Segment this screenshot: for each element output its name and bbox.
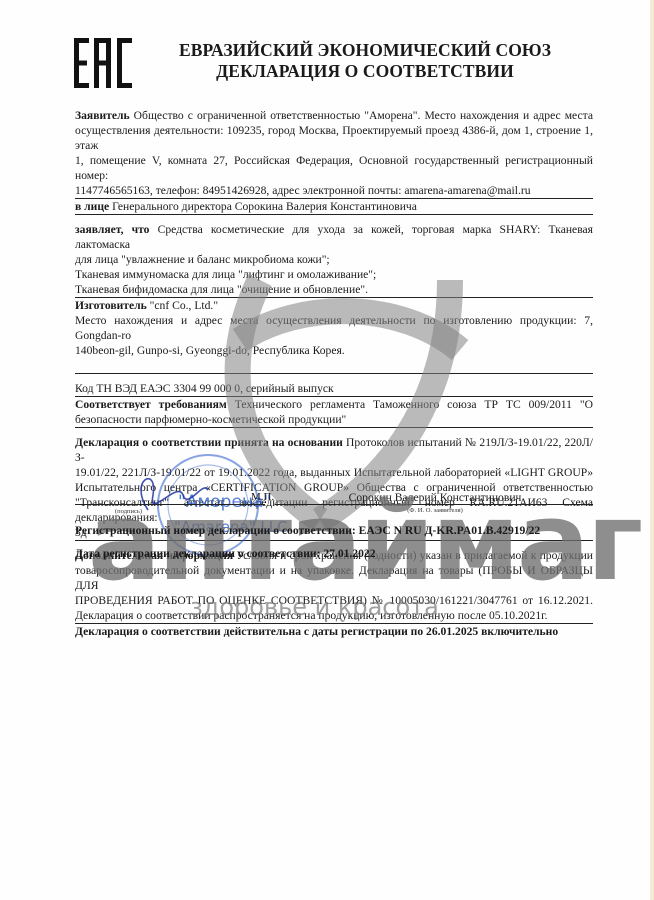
validity-section: Декларация о соответствии действительна … (75, 624, 593, 639)
manufacturer-section: Изготовитель "cnf Co., Ltd." Место нахож… (75, 298, 593, 374)
signature-line (75, 504, 265, 505)
applicant-line: 1, помещение V, комната 27, Российская Ф… (75, 153, 593, 183)
declares-section: заявляет, что Средства косметические для… (75, 222, 593, 298)
applicant-section: Заявитель Общество с ограниченной ответс… (75, 108, 593, 199)
representative-text: Генерального директора Сорокина Валерия … (112, 200, 417, 213)
signature-row: М.П. (подпись) Сорокин Валерий Константи… (75, 488, 593, 524)
seal-mark: М.П. (251, 491, 274, 503)
title-union: ЕВРАЗИЙСКИЙ ЭКОНОМИЧЕСКИЙ СОЮЗ (150, 40, 580, 61)
paper-edge (650, 0, 654, 900)
conformity-line: безопасности парфюмерно-косметической пр… (75, 412, 593, 427)
representative-label: в лице (75, 200, 109, 213)
product-line: Средства косметические для ухода за коже… (75, 223, 593, 251)
declaration-page: ЕВРАЗИЙСКИЙ ЭКОНОМИЧЕСКИЙ СОЮЗ ДЕКЛАРАЦИ… (0, 0, 654, 900)
validity-text: Декларация о соответствии действительна … (75, 624, 593, 639)
applicant-line: 1147746565163, телефон: 84951426928, адр… (75, 183, 593, 198)
eac-logo-icon (74, 38, 132, 88)
signature-caption: (подпись) (115, 508, 142, 515)
product-line: Тканевая бифидомаска для лица "очищение … (75, 282, 593, 297)
signer-caption: (Ф. И. О. заявителя) (345, 507, 525, 514)
manufacturer-label: Изготовитель (75, 299, 147, 312)
manufacturer-name: "cnf Co., Ltd." (150, 299, 218, 312)
manufacturer-address: Место нахождения и адрес места осуществл… (75, 313, 593, 343)
name-line (275, 504, 593, 505)
basis-label: Декларация о соответствии принята на осн… (75, 436, 343, 449)
product-line: Тканевая иммуномаска для лица "лифтинг и… (75, 267, 593, 282)
document-title: ЕВРАЗИЙСКИЙ ЭКОНОМИЧЕСКИЙ СОЮЗ ДЕКЛАРАЦИ… (150, 40, 580, 82)
conformity-line: Технического регламента Таможенного союз… (235, 398, 593, 411)
additional-line: товаросопроводительной документации и на… (75, 563, 593, 593)
conformity-section: Соответствует требованиям Технического р… (75, 397, 593, 428)
applicant-line: осуществления деятельности: 109235, горо… (75, 123, 593, 153)
applicant-label: Заявитель (75, 109, 130, 122)
registration-number: Регистрационный номер декларации о соотв… (75, 524, 540, 537)
additional-line: ПРОВЕДЕНИЯ РАБОТ ПО ОЦЕНКЕ СООТВЕТСТВИЯ)… (75, 593, 593, 608)
additional-line: Декларация о соответствии распространяет… (75, 608, 593, 623)
conformity-label: Соответствует требованиям (75, 398, 227, 411)
applicant-line: Общество с ограниченной ответственностью… (134, 109, 593, 122)
code-section: Код ТН ВЭД ЕАЭС 3304 99 000 0, серийный … (75, 381, 593, 397)
product-line: для лица "увлажнение и баланс микробиома… (75, 252, 593, 267)
manufacturer-address: 140beon-gil, Gunpo-si, Gyeonggi-do, Респ… (75, 343, 593, 358)
registration-date: Дата регистрации декларации о соответств… (75, 547, 376, 560)
basis-line: 19.01/22, 221Л/З-19.01/22 от 19.01.2022 … (75, 465, 593, 480)
signer-name: Сорокин Валерий Константинович (345, 491, 525, 504)
representative-section: в лице Генерального директора Сорокина В… (75, 199, 593, 215)
hs-code: Код ТН ВЭД ЕАЭС 3304 99 000 0, серийный … (75, 381, 593, 396)
title-declaration: ДЕКЛАРАЦИЯ О СООТВЕТСТВИИ (150, 61, 580, 82)
declares-label: заявляет, что (75, 223, 149, 236)
